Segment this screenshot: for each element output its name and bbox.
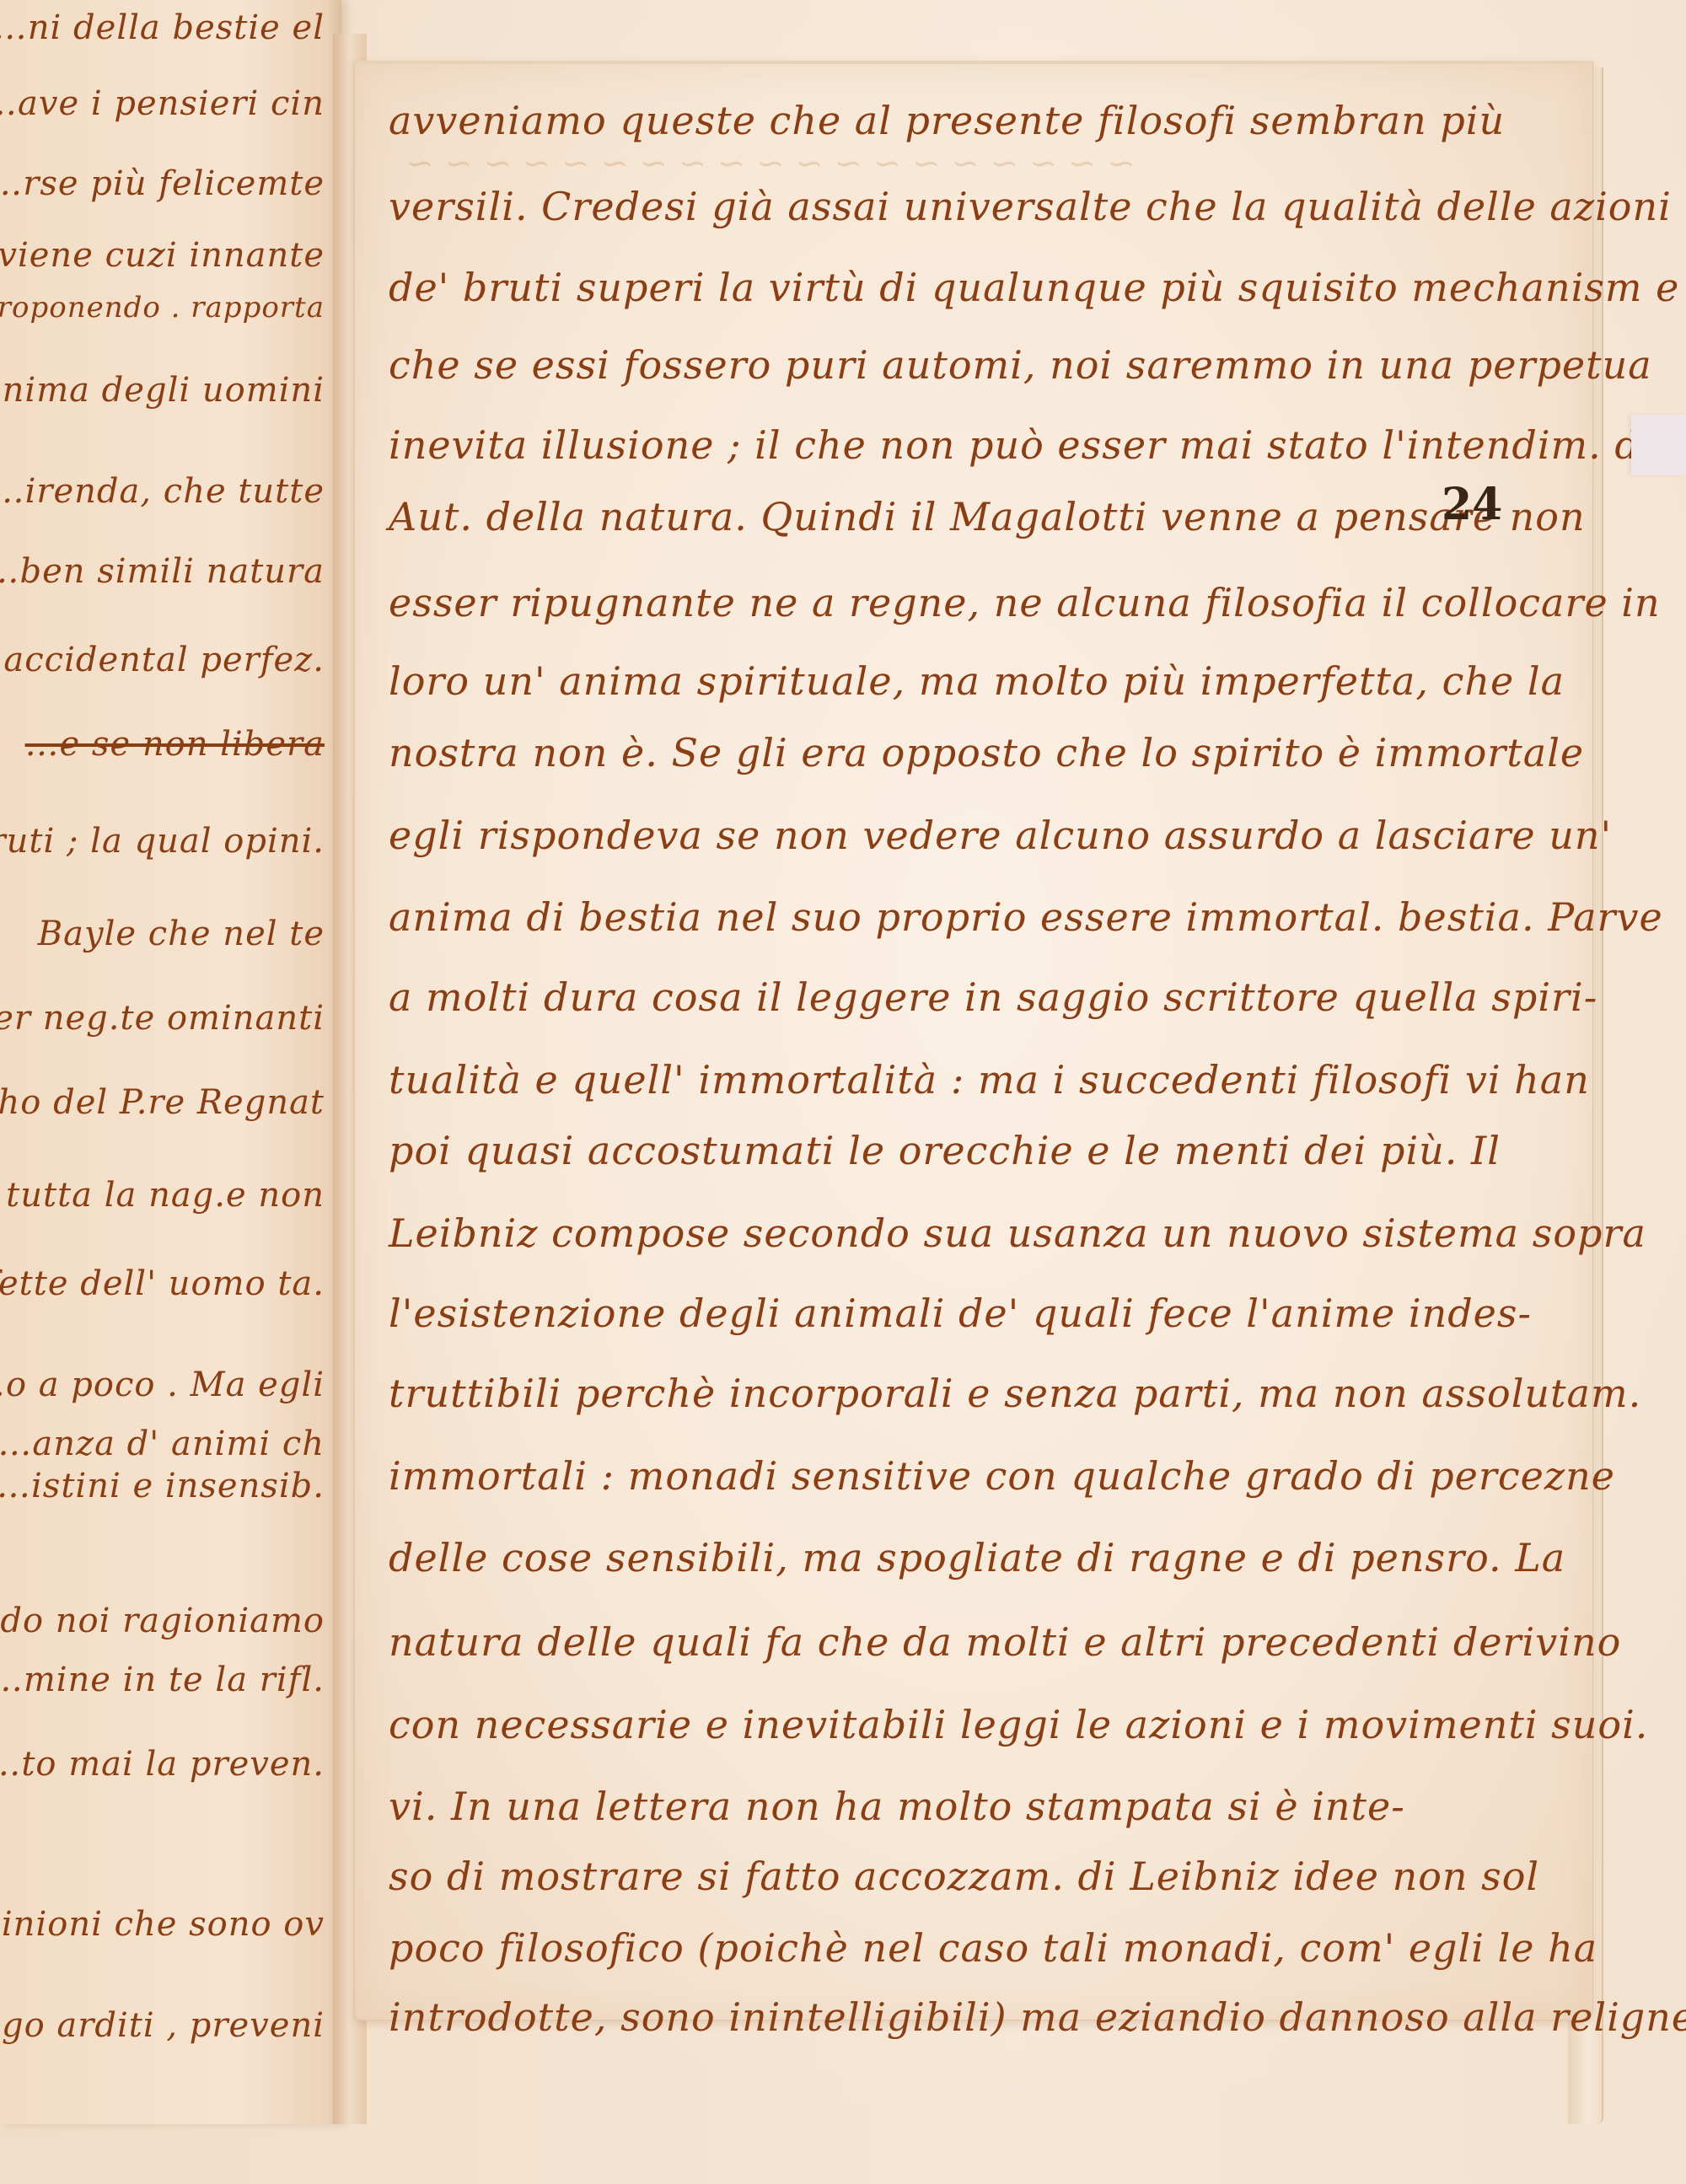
left-line: …ave i pensieri cin: [0, 84, 325, 123]
left-line: …ggo arditi , preveni: [0, 2006, 325, 2045]
bleed-through-text: ~ ~ ~ ~ ~ ~ ~ ~ ~ ~ ~ ~ ~ ~ ~ ~ ~ ~ ~: [405, 144, 1136, 183]
manuscript-line: vi. In una lettera non ha molto stampata…: [389, 1784, 1405, 1829]
manuscript-line: so di mostrare si fatto accozzam. di Lei…: [389, 1854, 1539, 1899]
left-line: propositori proponendo . rapporta: [0, 291, 325, 325]
manuscript-line: che se essi fossero puri automi, noi sar…: [389, 342, 1652, 388]
page-number: 24: [1442, 479, 1502, 530]
manuscript-line: truttibili perchè incorporali e senza pa…: [389, 1371, 1641, 1416]
left-line: …ni della bestie el: [0, 8, 325, 47]
left-line: …inioni che sono ov: [0, 1905, 325, 1944]
left-line: …mine in te la rifl.: [0, 1661, 325, 1699]
left-line: …ndo noi ragioniamo: [0, 1602, 325, 1640]
left-line: …anza d' animi ch: [0, 1425, 325, 1463]
left-line-struck: …e se non libera: [25, 725, 325, 764]
left-line: …accidental perfez.: [0, 641, 325, 679]
left-line: …to mai la preven.: [0, 1745, 325, 1784]
manuscript-line: natura delle quali fa che da molti e alt…: [389, 1619, 1621, 1665]
left-line: …per neg.te ominanti: [0, 999, 325, 1038]
manuscript-line: delle cose sensibili, ma spogliate di ra…: [389, 1535, 1565, 1580]
manuscript-line: con necessarie e inevitabili leggi le az…: [389, 1702, 1648, 1747]
left-line: …rse più felicemte: [0, 164, 325, 203]
bookmark-tab: [1631, 415, 1686, 475]
manuscript-line: tualità e quell' immortalità : ma i succ…: [389, 1057, 1590, 1103]
manuscript-line: esser ripugnante ne a regne, ne alcuna f…: [389, 580, 1661, 625]
manuscript-line: versili. Credesi già assai universalte c…: [389, 184, 1672, 229]
manuscript-line: a molti dura cosa il leggere in saggio s…: [389, 974, 1597, 1020]
manuscript-line: Aut. della natura. Quindi il Magalotti v…: [389, 494, 1586, 539]
left-line: …o a poco . Ma egli: [0, 1366, 325, 1404]
manuscript-line: introdotte, sono inintelligibili) ma ezi…: [389, 1994, 1686, 2040]
manuscript-line: loro un' anima spirituale, ma molto più …: [389, 658, 1565, 704]
left-line: …cho del P.re Regnat: [0, 1083, 325, 1122]
right-page: ~ ~ ~ ~ ~ ~ ~ ~ ~ ~ ~ ~ ~ ~ ~ ~ ~ ~ ~ av…: [354, 61, 1593, 2020]
left-line: …ruti ; la qual opini.: [0, 822, 325, 861]
left-line: …fette dell' uomo ta.: [0, 1264, 325, 1303]
left-line: …ia viene cuzi innante: [0, 236, 325, 275]
manuscript-line: egli rispondeva se non vedere alcuno ass…: [389, 813, 1612, 858]
manuscript-line: avveniamo queste che al presente filosof…: [389, 98, 1505, 143]
manuscript-line: poco filosofico (poichè nel caso tali mo…: [389, 1925, 1597, 1971]
manuscript-line: nostra non è. Se gli era opposto che lo …: [389, 730, 1584, 775]
manuscript-line: immortali : monadi sensitive con qualche…: [389, 1453, 1615, 1499]
manuscript-line: poi quasi accostumati le orecchie e le m…: [389, 1128, 1501, 1173]
left-line: …ben simili natura: [0, 552, 325, 591]
left-page: …ni della bestie el …ave i pensieri cin …: [0, 0, 341, 2124]
left-line: Bayle che nel te: [38, 915, 325, 953]
manuscript-line: de' bruti superi la virtù di qualunque p…: [389, 265, 1679, 310]
left-line: …istini e insensib.: [0, 1467, 325, 1505]
left-line: l'anima degli uomini: [0, 371, 325, 410]
manuscript-line: l'esistenzione degli animali de' quali f…: [389, 1291, 1532, 1336]
left-line: …o tutta la nag.e non: [0, 1176, 325, 1215]
manuscript-line: inevita illusione ; il che non può esser…: [389, 422, 1686, 468]
left-line: …irenda, che tutte: [0, 472, 325, 511]
manuscript-line: anima di bestia nel suo proprio essere i…: [389, 894, 1663, 940]
manuscript-line: Leibniz compose secondo sua usanza un nu…: [389, 1210, 1646, 1256]
